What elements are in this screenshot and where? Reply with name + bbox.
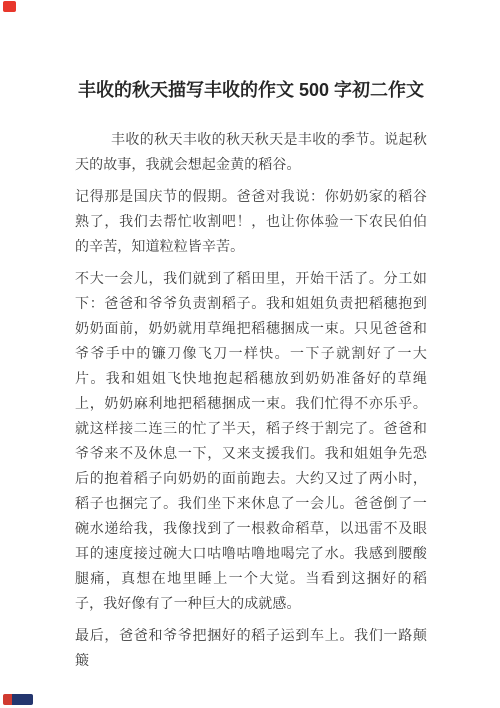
document-content: 丰收的秋天描写丰收的作文 500 字初二作文 丰收的秋天丰收的秋天秋天是丰收的季… [0, 0, 500, 673]
top-left-red-mark-icon [3, 1, 16, 12]
essay-body: 丰收的秋天丰收的秋天秋天是丰收的季节。说起秋天的故事，我就会想起金黄的稻谷。 记… [75, 127, 427, 673]
essay-paragraph: 记得那是国庆节的假期。爸爸对我说：你奶奶家的稻谷熟了，我们去帮忙收割吧！，也让你… [75, 184, 427, 259]
page-title: 丰收的秋天描写丰收的作文 500 字初二作文 [75, 76, 427, 105]
logo-red-segment [3, 694, 12, 705]
essay-paragraph: 不大一会儿，我们就到了稻田里，开始干活了。分工如下：爸爸和爷爷负责割稻子。我和姐… [75, 266, 427, 616]
essay-paragraph: 最后，爸爸和爷爷把捆好的稻子运到车上。我们一路颠簸 [75, 623, 427, 673]
essay-paragraph: 丰收的秋天丰收的秋天秋天是丰收的季节。说起秋天的故事，我就会想起金黄的稻谷。 [75, 127, 427, 177]
logo-blue-segment [12, 694, 33, 705]
document-page: 丰收的秋天描写丰收的作文 500 字初二作文 丰收的秋天丰收的秋天秋天是丰收的季… [0, 0, 500, 708]
bottom-left-logo-icon [3, 694, 33, 705]
